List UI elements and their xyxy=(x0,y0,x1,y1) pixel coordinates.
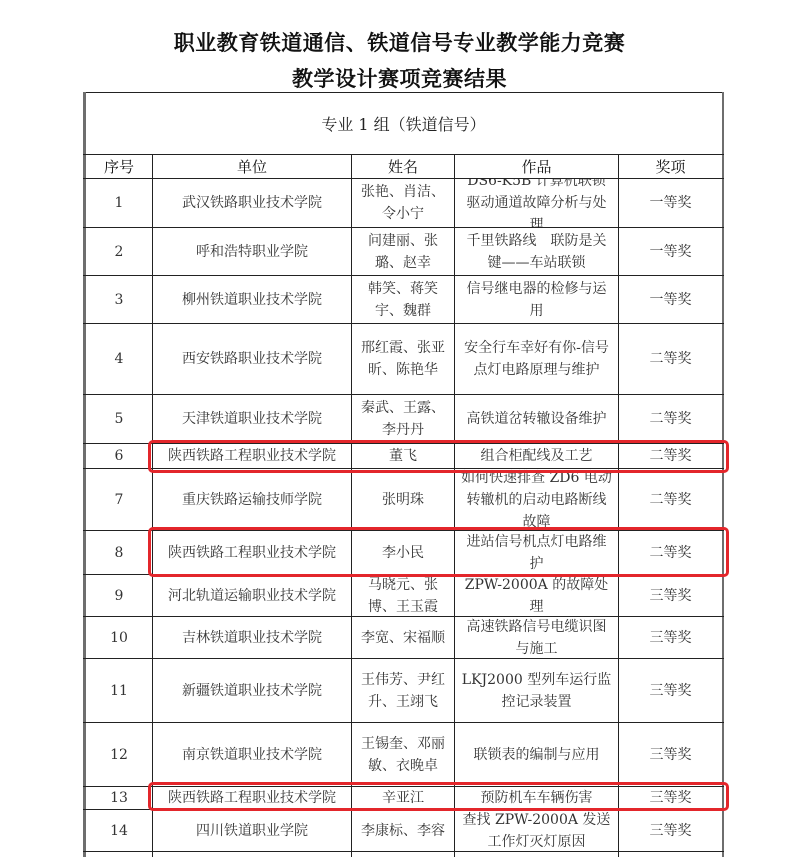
highlight-box xyxy=(148,440,729,473)
table-cell-work: 如何快速排查 ZD6 电动转辙机的启动电路断线故障 xyxy=(461,469,612,530)
table-right-border xyxy=(722,92,724,857)
table-cell-no: 4 xyxy=(86,324,152,394)
document-title: 职业教育铁道通信、铁道信号专业教学能力竞赛 xyxy=(0,27,799,57)
column-header: 姓名 xyxy=(352,155,454,178)
table-cell-unit: 呼和浩特职业学院 xyxy=(153,228,351,275)
table-cell-unit: 重庆铁路运输技师学院 xyxy=(153,469,351,530)
table-cell-work: DS6-K5B 计算机联锁驱动通道故障分析与处理 xyxy=(461,179,612,227)
table-cell-no: 7 xyxy=(86,469,152,530)
table-cell-no: 1 xyxy=(86,179,152,227)
highlight-box xyxy=(148,527,729,577)
table-cell-work: 高铁道岔转辙设备维护 xyxy=(461,395,612,443)
table-cell-work: 查找 ZPW-2000A 发送工作灯灭灯原因 xyxy=(461,810,612,851)
table-cell-work: 信号继电器的检修与运用 xyxy=(461,276,612,323)
table-cell-award: 一等奖 xyxy=(619,276,722,323)
table-cell-names: 秦武、王露、李丹丹 xyxy=(358,395,448,443)
table-cell-award: 三等奖 xyxy=(619,810,722,851)
table-cell-award: 三等奖 xyxy=(619,575,722,616)
table-cell-award: 一等奖 xyxy=(619,228,722,275)
table-cell-names: 张明珠 xyxy=(358,469,448,530)
table-cell-no: 13 xyxy=(86,787,152,809)
table-cell-no: 12 xyxy=(86,723,152,786)
table-cell-unit: 河北轨道运输职业技术学院 xyxy=(153,575,351,616)
table-cell-no: 3 xyxy=(86,276,152,323)
table-cell-no: 10 xyxy=(86,617,152,658)
column-header: 奖项 xyxy=(619,155,722,178)
table-cell-work: 千里铁路线 联防是关键——车站联锁 xyxy=(461,228,612,275)
row-divider xyxy=(83,851,724,852)
table-cell-names: 张艳、肖洁、令小宁 xyxy=(358,179,448,227)
table-cell-award: 一等奖 xyxy=(619,179,722,227)
column-header: 作品 xyxy=(455,155,618,178)
column-divider xyxy=(454,154,455,857)
table-cell-names: 李康标、李容 xyxy=(358,810,448,851)
table-cell-unit: 四川铁道职业学院 xyxy=(153,810,351,851)
table-cell-work: LKJ2000 型列车运行监控记录装置 xyxy=(461,659,612,722)
table-cell-unit: 新疆铁道职业技术学院 xyxy=(153,659,351,722)
table-cell-names: 韩笑、蒋笑宇、魏群 xyxy=(358,276,448,323)
table-cell-names: 邢红霞、张亚昕、陈艳华 xyxy=(358,324,448,394)
table-cell-award: 二等奖 xyxy=(619,469,722,530)
group-title: 专业 1 组（铁道信号） xyxy=(83,93,724,154)
table-cell-unit: 吉林铁道职业技术学院 xyxy=(153,617,351,658)
table-cell-unit: 南京铁道职业技术学院 xyxy=(153,723,351,786)
table-cell-no: 8 xyxy=(86,531,152,574)
table-cell-unit: 天津铁道职业技术学院 xyxy=(153,395,351,443)
highlight-box xyxy=(148,782,729,811)
table-cell-award: 二等奖 xyxy=(619,395,722,443)
table-cell-names: 王锡奎、邓丽敏、衣晚卓 xyxy=(358,723,448,786)
table-cell-work: 安全行车幸好有你-信号点灯电路原理与维护 xyxy=(461,324,612,394)
table-cell-unit: 柳州铁道职业技术学院 xyxy=(153,276,351,323)
table-cell-no: 9 xyxy=(86,575,152,616)
table-cell-names: 李宽、宋福顺 xyxy=(358,617,448,658)
table-cell-work: 联锁表的编制与应用 xyxy=(461,723,612,786)
table-cell-unit: 武汉铁路职业技术学院 xyxy=(153,179,351,227)
table-cell-no: 2 xyxy=(86,228,152,275)
table-cell-no: 6 xyxy=(86,444,152,468)
table-cell-unit: 西安铁路职业技术学院 xyxy=(153,324,351,394)
table-cell-no: 14 xyxy=(86,810,152,851)
table-cell-award: 三等奖 xyxy=(619,659,722,722)
column-divider xyxy=(351,154,352,857)
column-header: 序号 xyxy=(86,155,152,178)
table-cell-work: 高速铁路信号电缆识图与施工 xyxy=(461,617,612,658)
table-cell-award: 三等奖 xyxy=(619,723,722,786)
table-cell-names: 马晓元、张博、王玉霞 xyxy=(358,575,448,616)
table-cell-award: 二等奖 xyxy=(619,324,722,394)
table-cell-no: 11 xyxy=(86,659,152,722)
table-cell-award: 三等奖 xyxy=(619,617,722,658)
column-header: 单位 xyxy=(153,155,351,178)
document-subtitle: 教学设计赛项竞赛结果 xyxy=(0,63,799,93)
table-cell-no: 5 xyxy=(86,395,152,443)
table-cell-work: ZPW-2000A 的故障处理 xyxy=(461,575,612,616)
table-cell-names: 王伟芳、尹红升、王翊飞 xyxy=(358,659,448,722)
table-cell-names: 问建丽、张璐、赵幸 xyxy=(358,228,448,275)
